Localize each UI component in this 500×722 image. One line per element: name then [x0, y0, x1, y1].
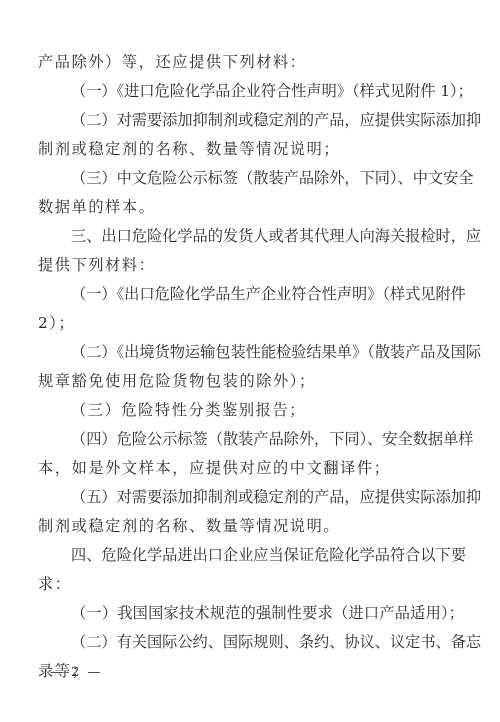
page-number: — 2 —	[50, 663, 103, 683]
text-line: 2）；	[38, 312, 464, 334]
text-line: （四）危险公示标签（散装产品除外，下同）、安全数据单样	[71, 428, 464, 450]
section-heading-4: 四、危险化学品进出口企业应当保证危险化学品符合以下要	[71, 544, 464, 566]
text-line: 提供下列材料：	[38, 254, 464, 276]
text-line: 求：	[38, 573, 464, 595]
text-line: （二）《出境货物运输包装性能检验结果单》（散装产品及国际	[71, 341, 464, 363]
section-heading-3: 三、出口危险化学品的发货人或者其代理人向海关报检时，应	[71, 225, 464, 247]
text-line: 本，如是外文样本，应提供对应的中文翻译件；	[38, 457, 464, 479]
text-line: （二）有关国际公约、国际规则、条约、协议、议定书、备忘	[71, 631, 464, 653]
text-line: 数据单的样本。	[38, 196, 464, 218]
document-page: 产品除外）等，还应提供下列材料： （一）《进口危险化学品企业符合性声明》（样式见…	[0, 0, 500, 722]
text-line: 制剂或稳定剂的名称、数量等情况说明。	[38, 515, 464, 537]
text-line: （一）《进口危险化学品企业符合性声明》（样式见附件 1）；	[71, 80, 464, 102]
text-line: （一）我国国家技术规范的强制性要求（进口产品适用）；	[71, 602, 464, 624]
text-line: （一）《出口危险化学品生产企业符合性声明》（样式见附件	[71, 283, 464, 305]
text-line: （五）对需要添加抑制剂或稳定剂的产品，应提供实际添加抑	[71, 486, 464, 508]
text-line: 规章豁免使用危险货物包装的除外）；	[38, 370, 464, 392]
text-line: （三）中文危险公示标签（散装产品除外，下同）、中文安全	[71, 167, 464, 189]
text-line: 产品除外）等，还应提供下列材料：	[38, 51, 464, 73]
text-line: 制剂或稳定剂的名称、数量等情况说明；	[38, 138, 464, 160]
text-line: （二）对需要添加抑制剂或稳定剂的产品，应提供实际添加抑	[71, 109, 464, 131]
text-line: （三）危险特性分类鉴别报告；	[71, 399, 464, 421]
